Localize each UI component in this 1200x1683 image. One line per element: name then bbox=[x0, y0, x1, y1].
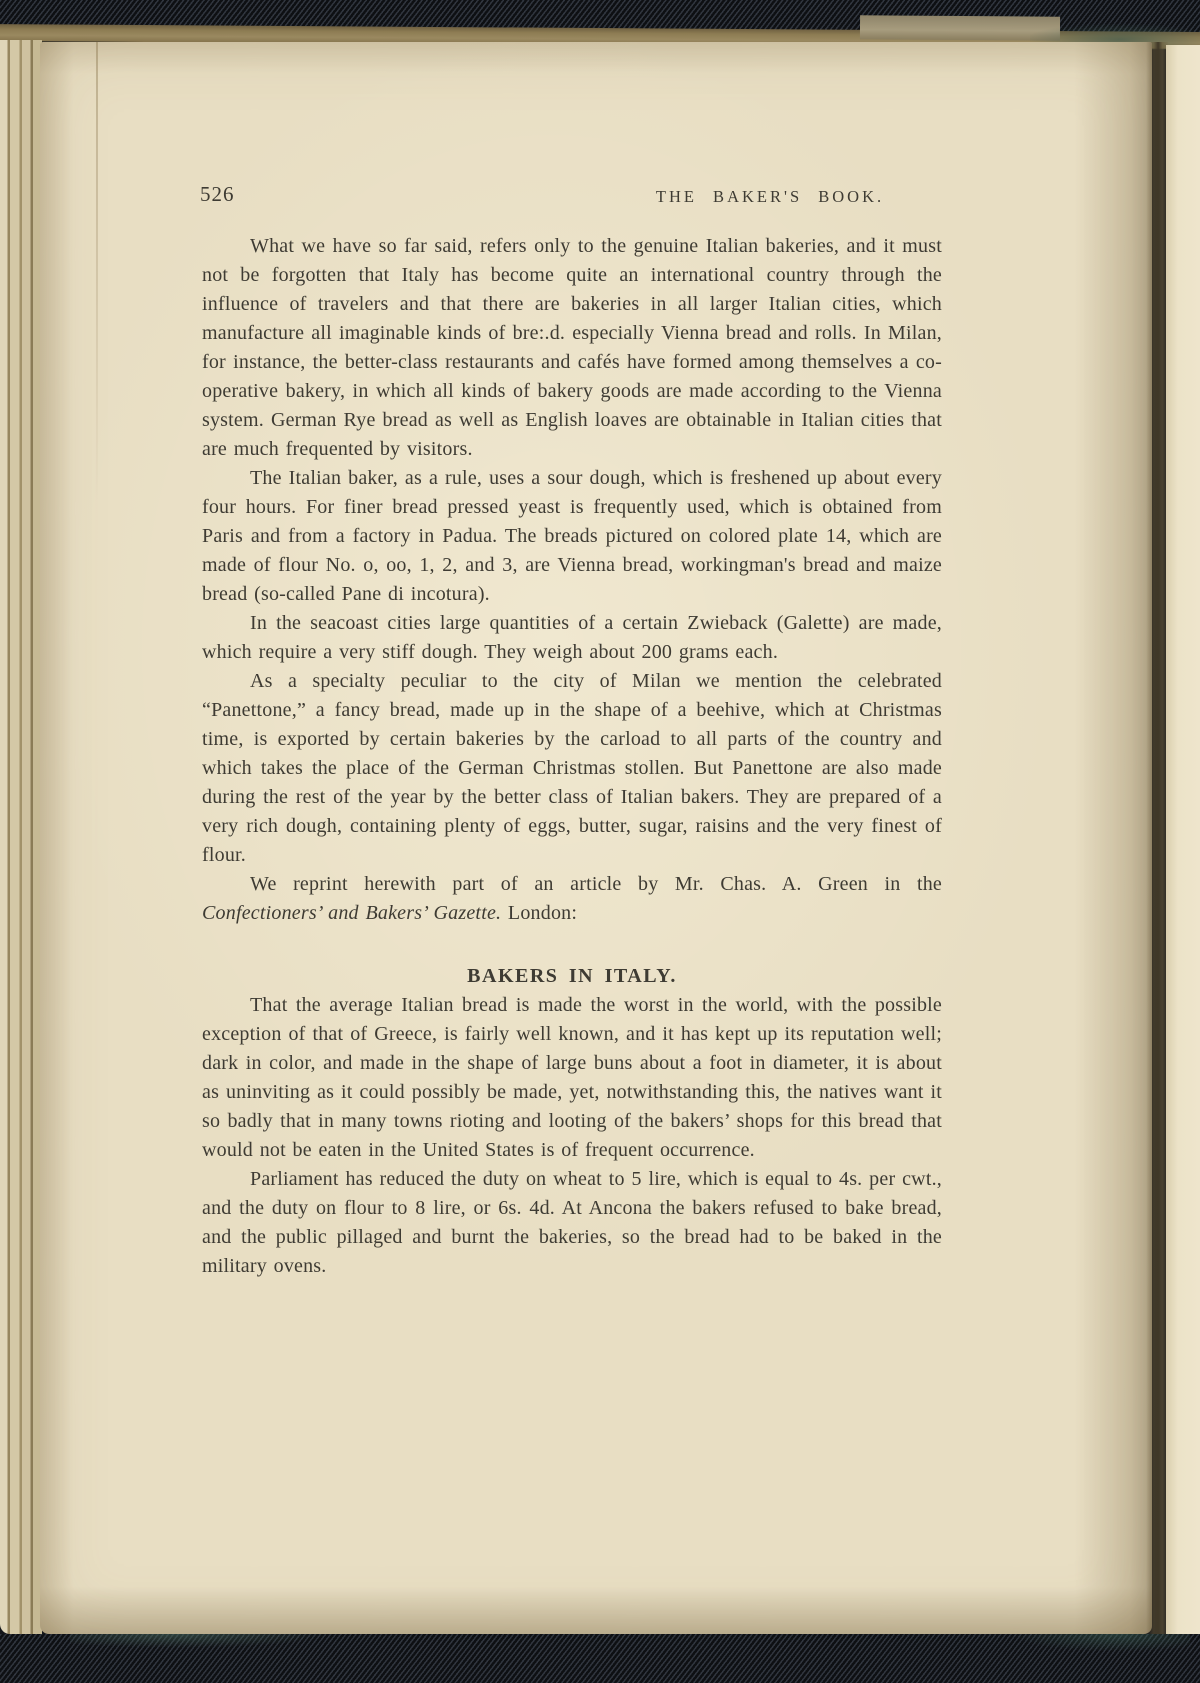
paragraph: Parliament has reduced the duty on wheat… bbox=[202, 1165, 942, 1281]
page-header: 526 THE BAKER'S BOOK. bbox=[200, 182, 940, 212]
under-page-edge bbox=[96, 42, 98, 502]
page-body-text: What we have so far said, refers only to… bbox=[202, 232, 942, 1281]
section-paragraphs: That the average Italian bread is made t… bbox=[202, 991, 942, 1281]
paragraph-text: We reprint herewith part of an article b… bbox=[250, 873, 942, 895]
page-edges-left bbox=[0, 40, 42, 1634]
section-heading: BAKERS IN ITALY. bbox=[202, 962, 942, 991]
paragraph-text: In the seacoast cities large quantities … bbox=[202, 612, 942, 663]
book-gutter-shadow bbox=[1146, 42, 1168, 1636]
page-number: 526 bbox=[200, 182, 235, 207]
paragraph: In the seacoast cities large quantities … bbox=[202, 609, 942, 667]
paragraph-text: What we have so far said, refers only to… bbox=[202, 235, 942, 460]
paragraph: We reprint herewith part of an article b… bbox=[202, 870, 942, 928]
paragraph-text: London: bbox=[501, 902, 577, 924]
book-cover-bottom-edge bbox=[0, 1634, 1200, 1683]
paragraph: As a specialty peculiar to the city of M… bbox=[202, 667, 942, 870]
paragraph: The Italian baker, as a rule, uses a sou… bbox=[202, 464, 942, 609]
paragraph-text: Parliament has reduced the duty on wheat… bbox=[202, 1168, 942, 1277]
article-intro-paragraphs: What we have so far said, refers only to… bbox=[202, 232, 942, 928]
paragraph-text: The Italian baker, as a rule, uses a sou… bbox=[202, 467, 942, 605]
facing-page-edge bbox=[1166, 45, 1200, 1638]
book-page: 526 THE BAKER'S BOOK. What we have so fa… bbox=[40, 42, 1152, 1634]
paragraph: That the average Italian bread is made t… bbox=[202, 991, 942, 1165]
paragraph-text: As a specialty peculiar to the city of M… bbox=[202, 670, 942, 866]
book-scan-photo: 526 THE BAKER'S BOOK. What we have so fa… bbox=[0, 0, 1200, 1683]
running-title: THE BAKER'S BOOK. bbox=[656, 187, 884, 207]
italic-citation: Confectioners’ and Bakers’ Gazette. bbox=[202, 902, 501, 924]
paragraph-text: That the average Italian bread is made t… bbox=[202, 994, 942, 1161]
paragraph: What we have so far said, refers only to… bbox=[202, 232, 942, 464]
